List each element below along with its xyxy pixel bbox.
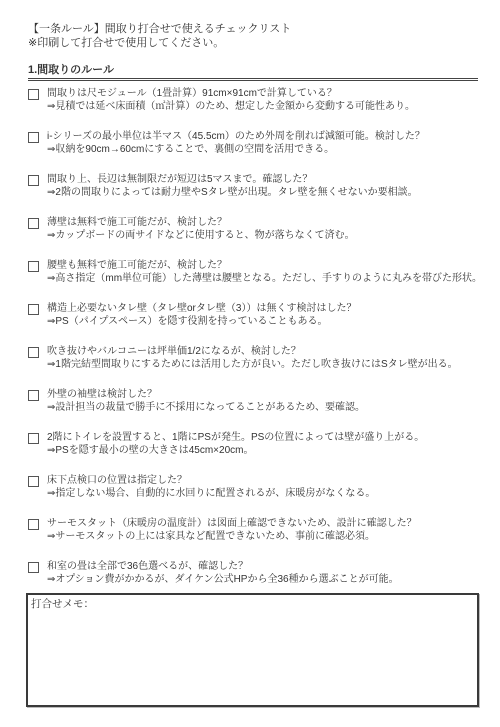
checkbox-icon[interactable] [28, 562, 39, 573]
checklist-item: 間取りは尺モジュール（1畳計算）91cm×91cmで計算している？ ⇒見積では延… [28, 87, 478, 113]
checklist: 間取りは尺モジュール（1畳計算）91cm×91cmで計算している？ ⇒見積では延… [28, 87, 478, 586]
checklist-item: 外壁の袖壁は検討した？ ⇒設計担当の裁量で勝手に不採用になってることがあるため、… [28, 388, 478, 414]
checklist-question: 外壁の袖壁は検討した？ [47, 388, 365, 401]
checkbox-icon[interactable] [28, 433, 39, 444]
checklist-answer: ⇒高さ指定（mm単位可能）した薄壁は腰壁となる。ただし、手すりのように丸みを帯び… [47, 272, 478, 285]
checklist-answer: ⇒PSを隠す最小の壁の大きさは45cm×20cm。 [47, 444, 424, 457]
checklist-item: 和室の畳は全部で36色選べるが、確認した？ ⇒オプション費がかかるが、ダイケン公… [28, 560, 478, 586]
checkbox-icon[interactable] [28, 175, 39, 186]
checklist-item: 薄壁は無料で施工可能だが、検討した？ ⇒カップボードの両サイドなどに使用すると、… [28, 216, 478, 242]
checklist-item: 腰壁も無料で施工可能だが、検討した？ ⇒高さ指定（mm単位可能）した薄壁は腰壁と… [28, 259, 478, 285]
checklist-item: 吹き抜けやバルコニーは坪単価1/2になるが、検討した？ ⇒1階完結型間取りにする… [28, 345, 478, 371]
checklist-answer: ⇒2階の間取りによっては耐力壁やSタレ壁が出現。タレ壁を無くせないか要相談。 [47, 186, 418, 199]
checklist-item: i-シリーズの最小単位は半マス（45.5cm）のため外周を削れば減額可能。検討し… [28, 130, 478, 156]
checklist-question: i-シリーズの最小単位は半マス（45.5cm）のため外周を削れば減額可能。検討し… [47, 130, 425, 143]
checklist-answer: ⇒見積では延べ床面積（㎡計算）のため、想定した金額から変動する可能性あり。 [47, 100, 415, 113]
checkbox-icon[interactable] [28, 519, 39, 530]
checklist-answer: ⇒オプション費がかかるが、ダイケン公式HPから全36種から選ぶことが可能。 [47, 573, 399, 586]
section-heading: 1.間取りのルール [28, 64, 478, 81]
checkbox-icon[interactable] [28, 261, 39, 272]
print-note: ※印刷して打合せで使用してください。 [28, 36, 478, 50]
checklist-item: 床下点検口の位置は指定した？ ⇒指定しない場合、自動的に水回りに配置されるが、床… [28, 474, 478, 500]
checkbox-icon[interactable] [28, 89, 39, 100]
page-title: 【一条ルール】間取り打合せで使えるチェックリスト [28, 22, 478, 36]
checkbox-icon[interactable] [28, 132, 39, 143]
checkbox-icon[interactable] [28, 218, 39, 229]
checkbox-icon[interactable] [28, 476, 39, 487]
checklist-question: 2階にトイレを設置すると、1階にPSが発生。PSの位置によっては壁が盛り上がる。 [47, 431, 424, 444]
checklist-question: 間取り上、長辺は無制限だが短辺は5マスまで。確認した？ [47, 173, 418, 186]
checklist-question: 吹き抜けやバルコニーは坪単価1/2になるが、検討した？ [47, 345, 458, 358]
checklist-answer: ⇒カップボードの両サイドなどに使用すると、物が落ちなくて済む。 [47, 229, 355, 242]
checklist-answer: ⇒設計担当の裁量で勝手に不採用になってることがあるため、要確認。 [47, 401, 365, 414]
checklist-question: 間取りは尺モジュール（1畳計算）91cm×91cmで計算している？ [47, 87, 415, 100]
memo-label: 打合せメモ： [28, 595, 477, 611]
checklist-question: 構造上必要ないタレ壁（タレ壁orタレ壁（3））は無くす検討はした？ [47, 302, 356, 315]
checklist-answer: ⇒収納を90cm→60cmにすることで、裏側の空間を活用できる。 [47, 143, 425, 156]
checklist-item: サーモスタット（床暖房の温度計）は図面上確認できないため、設計に確認した？ ⇒サ… [28, 517, 478, 543]
memo-box[interactable]: 打合せメモ： [26, 593, 479, 707]
checklist-question: 薄壁は無料で施工可能だが、検討した？ [47, 216, 355, 229]
checklist-answer: ⇒PS（パイプスペース）を隠す役割を持っていることもある。 [47, 315, 356, 328]
checklist-question: 床下点検口の位置は指定した？ [47, 474, 375, 487]
checklist-question: 和室の畳は全部で36色選べるが、確認した？ [47, 560, 399, 573]
checklist-question: サーモスタット（床暖房の温度計）は図面上確認できないため、設計に確認した？ [47, 517, 417, 530]
checklist-item: 2階にトイレを設置すると、1階にPSが発生。PSの位置によっては壁が盛り上がる。… [28, 431, 478, 457]
checkbox-icon[interactable] [28, 304, 39, 315]
checkbox-icon[interactable] [28, 390, 39, 401]
checklist-answer: ⇒指定しない場合、自動的に水回りに配置されるが、床暖房がなくなる。 [47, 487, 375, 500]
checkbox-icon[interactable] [28, 347, 39, 358]
checklist-answer: ⇒サーモスタットの上には家具など配置できないため、事前に確認必須。 [47, 530, 417, 543]
checklist-question: 腰壁も無料で施工可能だが、検討した？ [47, 259, 478, 272]
document-page: 【一条ルール】間取り打合せで使えるチェックリスト ※印刷して打合せで使用してくだ… [0, 0, 500, 727]
checklist-item: 構造上必要ないタレ壁（タレ壁orタレ壁（3））は無くす検討はした？ ⇒PS（パイ… [28, 302, 478, 328]
checklist-answer: ⇒1階完結型間取りにするためには活用した方が良い。ただし吹き抜けにはSタレ壁が出… [47, 358, 458, 371]
checklist-item: 間取り上、長辺は無制限だが短辺は5マスまで。確認した？ ⇒2階の間取りによっては… [28, 173, 478, 199]
